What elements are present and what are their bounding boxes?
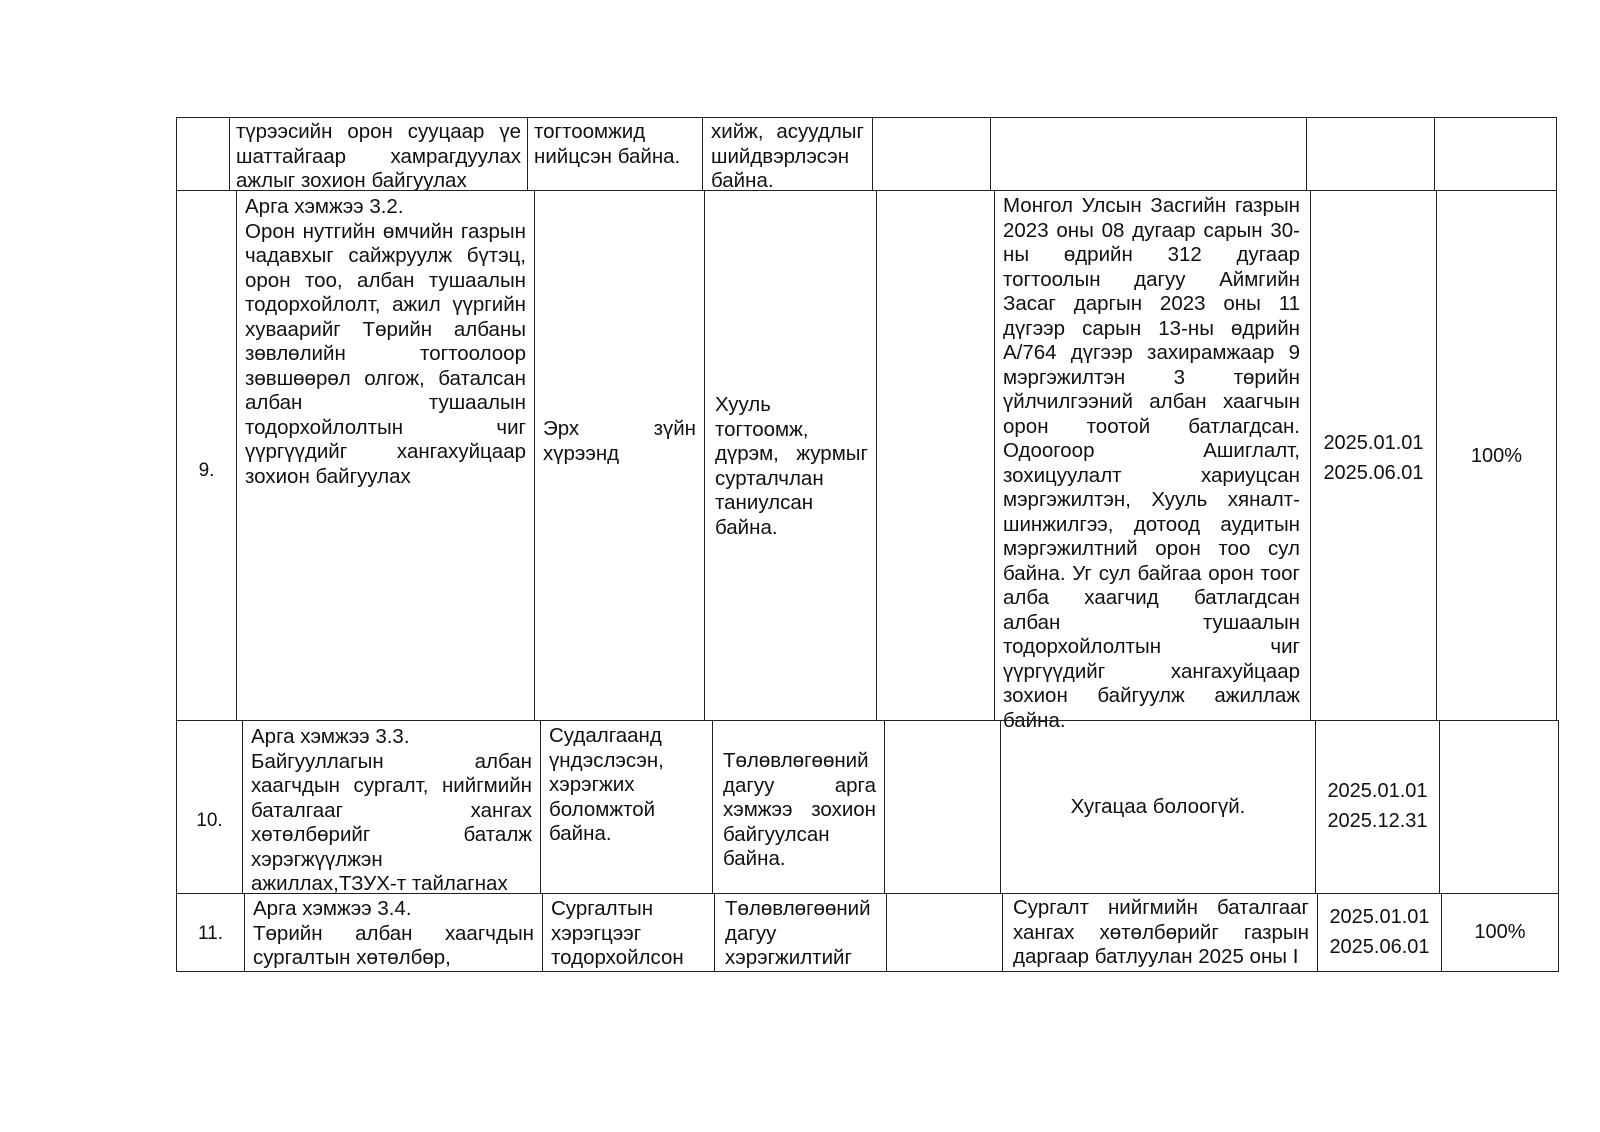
expected-text: Төлөвлөгөөний дагуу хэрэгжилтийг: [725, 897, 878, 971]
cell-criteria: Судалгаанд үндэслэсэн, хэрэгжих боломжто…: [540, 720, 712, 893]
start-date: 2025.01.01: [1311, 428, 1436, 458]
table-row: түрээсийн орон сууцаар үе шаттайгаар хам…: [176, 117, 1557, 190]
cell-progress: Хугацаа болоогүй.: [1000, 720, 1315, 893]
cell-number: 11.: [176, 893, 244, 972]
start-date: 2025.01.01: [1318, 902, 1441, 932]
date-range: 2025.01.01 2025.06.01: [1311, 428, 1436, 488]
expected-text: Хууль тогтоомж, дүрэм, журмыг сурталчлан…: [715, 393, 868, 540]
table-row: 9. Арга хэмжээ 3.2. Орон нутгийн өмчийн …: [176, 190, 1557, 720]
row-number: 9.: [177, 459, 236, 484]
date-range: 2025.01.01 2025.12.31: [1316, 776, 1439, 836]
cell-number: [176, 117, 229, 190]
expected-text: Төлөвлөгөөний дагуу арга хэмжээ зохион б…: [723, 749, 876, 872]
cell-progress: Монгол Улсын Засгийн газрын 2023 оны 08 …: [994, 190, 1310, 720]
document-page: түрээсийн орон сууцаар үе шаттайгаар хам…: [0, 0, 1600, 1132]
cell-percent: [1434, 117, 1557, 190]
date-range: 2025.01.01 2025.06.01: [1318, 902, 1441, 962]
cell-criteria: Эрх зүйн хүрээнд: [534, 190, 704, 720]
end-date: 2025.12.31: [1316, 806, 1439, 836]
progress-text: Хугацаа болоогүй.: [1009, 795, 1307, 820]
cell-percent: 100%: [1436, 190, 1557, 720]
criteria-text: Эрх зүйн хүрээнд: [543, 417, 696, 466]
cell-criteria: тогтоомжид нийцсэн байна.: [527, 117, 702, 190]
cell-col5: [872, 117, 990, 190]
progress-text: Монгол Улсын Засгийн газрын 2023 оны 08 …: [1003, 194, 1300, 733]
cell-progress: [990, 117, 1306, 190]
cell-col5: [876, 190, 994, 720]
cell-percent: 100%: [1441, 893, 1559, 972]
cell-percent: [1439, 720, 1559, 893]
criteria-text: тогтоомжид нийцсэн байна.: [534, 120, 694, 169]
cell-dates: 2025.01.01 2025.12.31: [1315, 720, 1439, 893]
criteria-text: Судалгаанд үндэслэсэн, хэрэгжих боломжто…: [549, 724, 704, 847]
progress-text: Сургалт нийгмийн баталгааг хангах хөтөлб…: [1013, 896, 1309, 970]
cell-dates: 2025.01.01 2025.06.01: [1317, 893, 1441, 972]
measure-text: түрээсийн орон сууцаар үе шаттайгаар хам…: [236, 120, 521, 194]
start-date: 2025.01.01: [1316, 776, 1439, 806]
cell-col5: [886, 893, 1002, 972]
end-date: 2025.06.01: [1311, 458, 1436, 488]
criteria-text: Сургалтын хэрэгцээг тодорхойлсон: [551, 897, 706, 971]
cell-dates: [1306, 117, 1434, 190]
cell-expected: Төлөвлөгөөний дагуу арга хэмжээ зохион б…: [712, 720, 884, 893]
table-row: 10. Арга хэмжээ 3.3. Байгууллагын албан …: [176, 720, 1557, 893]
end-date: 2025.06.01: [1318, 932, 1441, 962]
cell-progress: Сургалт нийгмийн баталгааг хангах хөтөлб…: [1002, 893, 1317, 972]
cell-expected: Хууль тогтоомж, дүрэм, журмыг сурталчлан…: [704, 190, 876, 720]
table-row: 11. Арга хэмжээ 3.4. Төрийн албан хаагчд…: [176, 893, 1557, 972]
expected-text: хийж, асуудлыг шийдвэрлэсэн байна.: [711, 120, 864, 194]
measure-text: Арга хэмжээ 3.2. Орон нутгийн өмчийн газ…: [245, 195, 526, 489]
cell-expected: Төлөвлөгөөний дагуу хэрэгжилтийг: [714, 893, 886, 972]
completion-percent: 100%: [1442, 920, 1558, 945]
cell-criteria: Сургалтын хэрэгцээг тодорхойлсон: [542, 893, 714, 972]
cell-measure: Арга хэмжээ 3.3. Байгууллагын албан хааг…: [242, 720, 540, 893]
completion-percent: 100%: [1437, 444, 1556, 469]
cell-expected: хийж, асуудлыг шийдвэрлэсэн байна.: [702, 117, 872, 190]
cell-measure: Арга хэмжээ 3.4. Төрийн албан хаагчдын с…: [244, 893, 542, 972]
cell-dates: 2025.01.01 2025.06.01: [1310, 190, 1436, 720]
cell-measure: түрээсийн орон сууцаар үе шаттайгаар хам…: [229, 117, 527, 190]
cell-measure: Арга хэмжээ 3.2. Орон нутгийн өмчийн газ…: [236, 190, 534, 720]
row-number: 10.: [177, 809, 242, 834]
measure-text: Арга хэмжээ 3.4. Төрийн албан хаагчдын с…: [253, 897, 534, 971]
measure-text: Арга хэмжээ 3.3. Байгууллагын албан хааг…: [251, 725, 532, 897]
cell-number: 9.: [176, 190, 236, 720]
row-number: 11.: [177, 922, 244, 947]
cell-col5: [884, 720, 1000, 893]
cell-number: 10.: [176, 720, 242, 893]
